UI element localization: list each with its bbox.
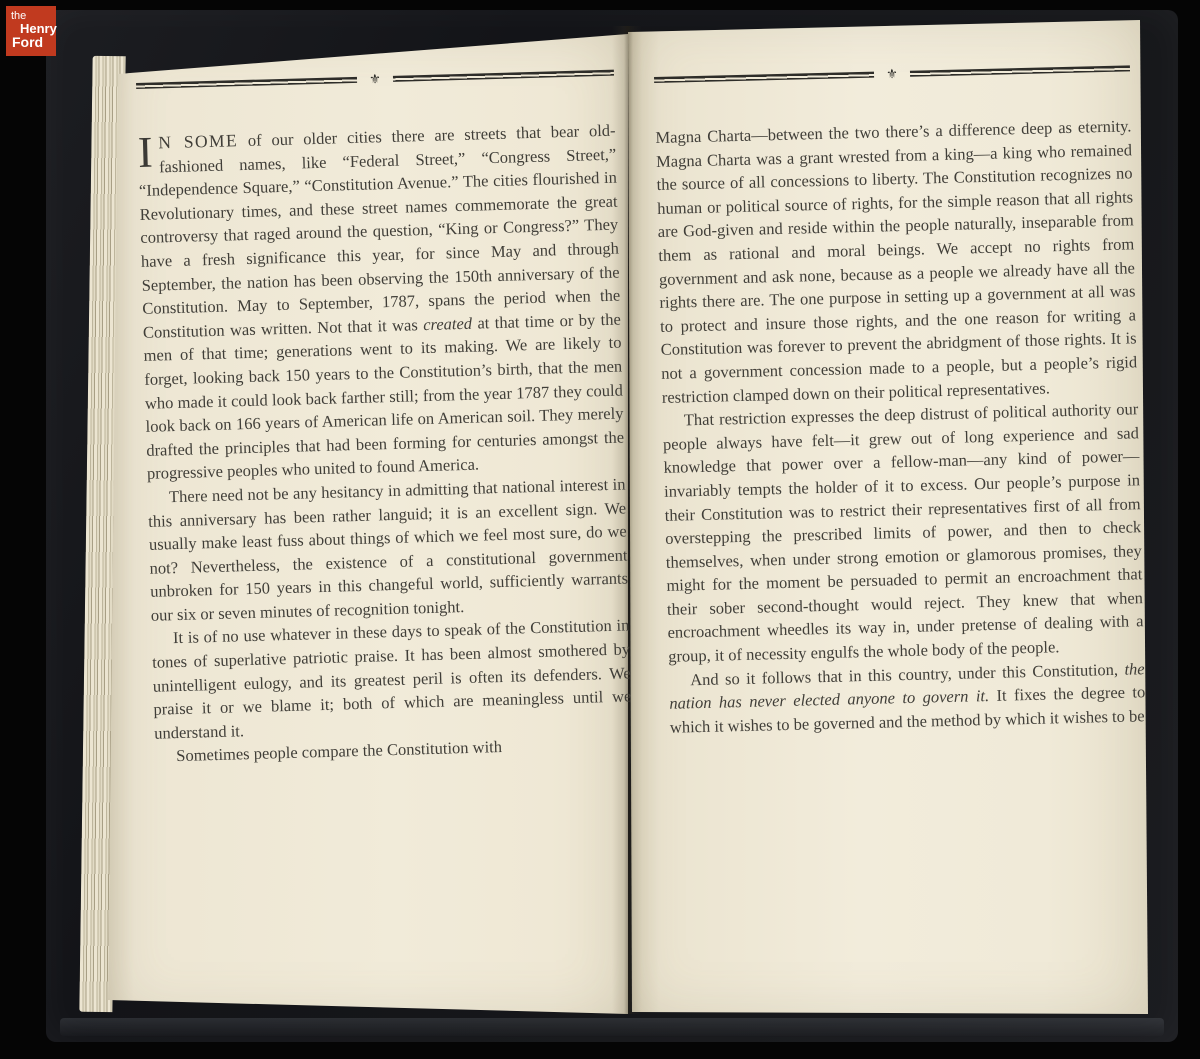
fleur-de-lis-ornament: ⚜ bbox=[369, 73, 381, 86]
lead-caps: N SOME bbox=[158, 130, 238, 152]
text-segment: Magna Charta—between the two there’s a d… bbox=[655, 116, 1137, 406]
book-photo: { "logo": { "the": "the", "henry": "Henr… bbox=[0, 0, 1200, 1059]
paragraph: IN SOME of our older cities there are st… bbox=[137, 119, 625, 486]
right-page-text: Magna Charta—between the two there’s a d… bbox=[655, 114, 1146, 739]
italic-text-segment: created bbox=[423, 313, 472, 333]
henry-ford-logo: the Henry Ford bbox=[6, 6, 56, 56]
left-page-content: ⚜ IN SOME of our older cities there are … bbox=[136, 69, 633, 769]
paragraph: It is of no use whatever in these days t… bbox=[151, 614, 632, 745]
text-segment: That restriction expresses the deep dist… bbox=[663, 399, 1144, 665]
text-segment: It is of no use whatever in these days t… bbox=[152, 616, 632, 743]
right-page-content: ⚜ Magna Charta—between the two there’s a… bbox=[654, 64, 1146, 739]
text-segment: of our older cities there are streets th… bbox=[139, 121, 621, 342]
paragraph: And so it follows that in this country, … bbox=[668, 657, 1146, 739]
book-cover-bottom-edge bbox=[60, 1018, 1164, 1036]
drop-cap: I bbox=[137, 131, 159, 171]
fleur-de-lis-ornament: ⚜ bbox=[886, 68, 898, 81]
text-segment: There need not be any hesitancy in admit… bbox=[148, 474, 628, 624]
paragraph: That restriction expresses the deep dist… bbox=[662, 397, 1144, 668]
logo-text-ford: Ford bbox=[12, 35, 56, 50]
paragraph: Magna Charta—between the two there’s a d… bbox=[655, 114, 1138, 409]
paragraph: There need not be any hesitancy in admit… bbox=[147, 472, 629, 627]
left-page-text: IN SOME of our older cities there are st… bbox=[137, 119, 633, 769]
